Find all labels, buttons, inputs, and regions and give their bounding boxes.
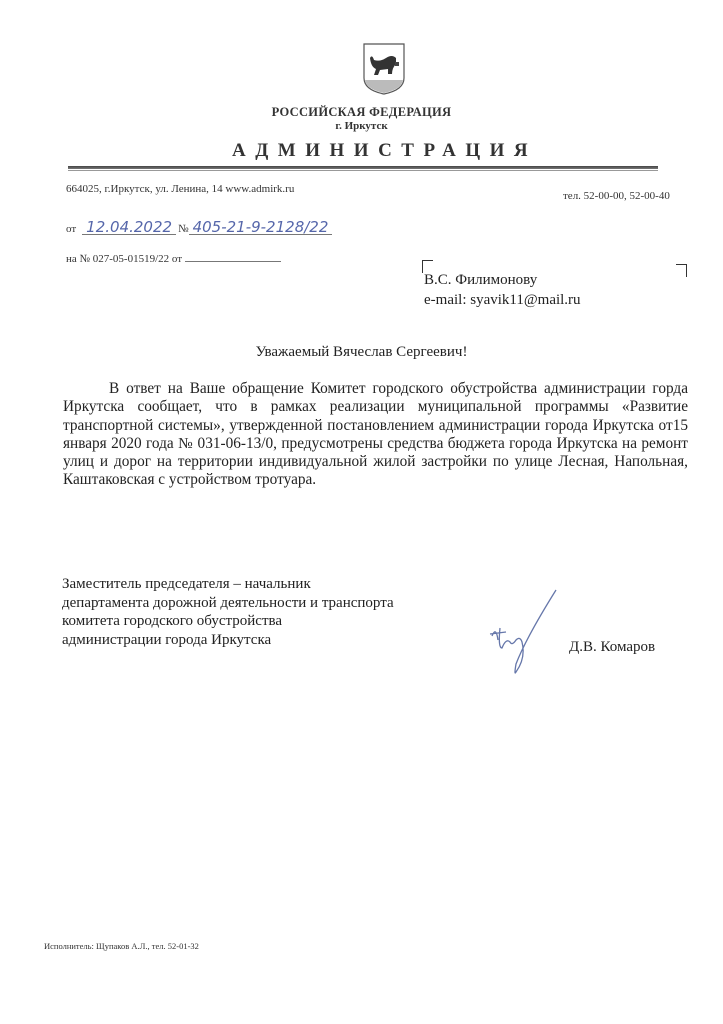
organization-title: АДМИНИСТРАЦИЯ <box>232 140 537 162</box>
handwritten-signature-icon <box>486 588 566 678</box>
header-rule <box>68 166 658 169</box>
signatory-title-line: департамента дорожной деятельности и тра… <box>62 594 394 613</box>
date-prefix: от <box>66 223 76 235</box>
reference-date-blank <box>185 261 281 262</box>
letter-body: В ответ на Ваше обращение Комитет городс… <box>63 380 688 490</box>
signatory-title-line: администрации города Иркутска <box>62 631 394 650</box>
recipient-email: e-mail: syavik11@mail.ru <box>424 290 581 310</box>
registration-date: 12.04.2022 <box>82 220 176 235</box>
greeting: Уважаемый Вячеслав Сергеевич! <box>0 344 723 361</box>
organization-phone: тел. 52-00-00, 52-00-40 <box>563 190 670 202</box>
header-rule-thin <box>68 170 658 171</box>
executor-info: Исполнитель: Щупаков А.Л., тел. 52-01-32 <box>44 941 199 951</box>
recipient-name: В.С. Филимонову <box>424 270 581 290</box>
reference-number: на № 027-05-01519/22 от <box>66 253 182 265</box>
city-name: г. Иркутск <box>0 120 723 132</box>
signatory-title-line: комитета городского обустройства <box>62 612 394 631</box>
organization-address: 664025, г.Иркутск, ул. Ленина, 14 www.ad… <box>66 183 294 195</box>
country-name: РОССИЙСКАЯ ФЕДЕРАЦИЯ <box>0 105 723 120</box>
signatory-title-line: Заместитель председателя – начальник <box>62 575 394 594</box>
registration-number: 405-21-9-2128/22 <box>189 220 333 235</box>
registration-line: от 12.04.2022 № 405-21-9-2128/22 <box>66 220 332 235</box>
signatory-title: Заместитель председателя – начальник деп… <box>62 575 394 649</box>
reference-line: на № 027-05-01519/22 от <box>66 253 281 265</box>
signatory-name: Д.В. Комаров <box>569 639 655 656</box>
irkutsk-coat-of-arms-icon <box>362 42 406 96</box>
recipient-block: В.С. Филимонову e-mail: syavik11@mail.ru <box>424 270 581 310</box>
address-corner-right <box>676 264 687 277</box>
body-paragraph: В ответ на Ваше обращение Комитет городс… <box>63 380 688 490</box>
number-prefix: № <box>178 223 189 235</box>
